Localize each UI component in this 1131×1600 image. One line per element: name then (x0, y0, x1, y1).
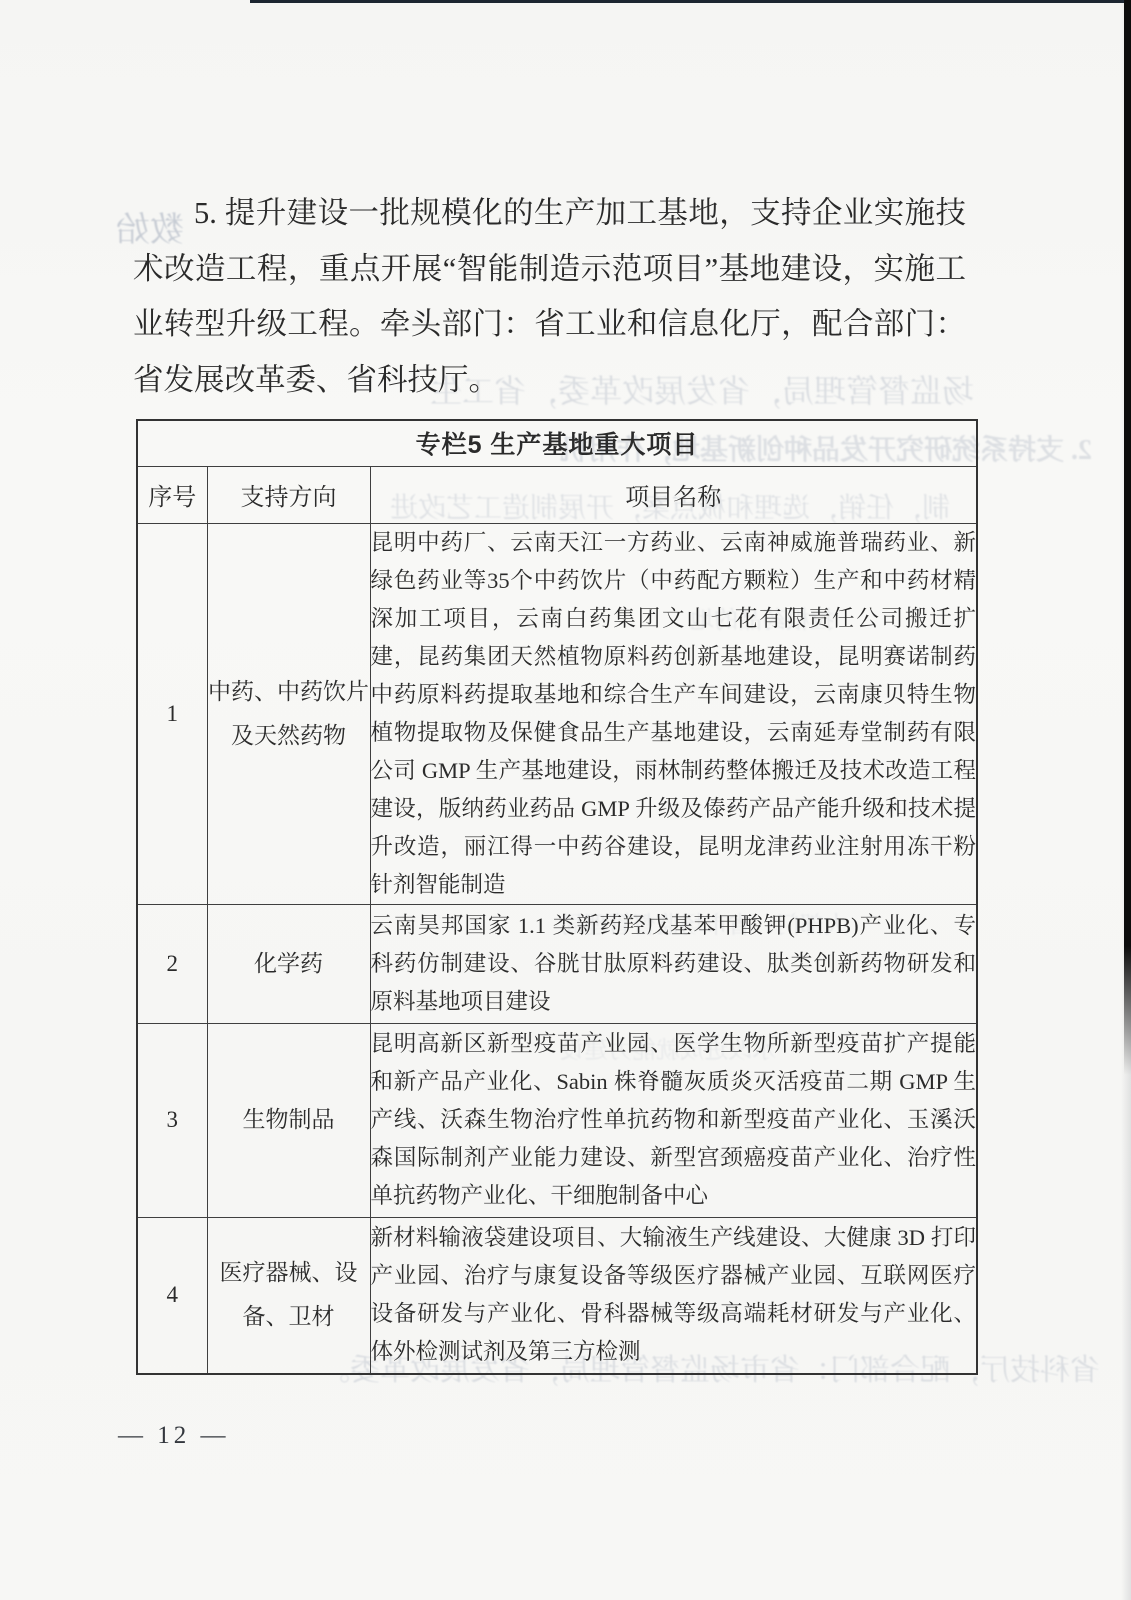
project-names: 昆明高新区新型疫苗产业园、医学生物所新型疫苗扩产提能和新产品产业化、Sabin … (370, 1023, 977, 1217)
table-row: 2 化学药 云南昊邦国家 1.1 类新药羟戊基苯甲酸钾(PHPB)产业化、专科药… (137, 904, 977, 1023)
support-direction: 化学药 (207, 904, 370, 1023)
page-number: — 12 — (118, 1422, 230, 1450)
col-header-projects: 项目名称 (370, 466, 977, 523)
col-header-direction: 支持方向 (207, 466, 370, 523)
body-paragraph: 5. 提升建设一批规模化的生产加工基地，支持企业实施技术改造工程，重点开展“智能… (133, 186, 966, 408)
support-direction: 生物制品 (207, 1023, 370, 1217)
scan-edge-artifact-top (250, 0, 1131, 3)
scan-edge-artifact-right (1124, 0, 1131, 1075)
project-names: 昆明中药厂、云南天江一方药业、云南神威施普瑞药业、新绿色药业等35个中药饮片（中… (370, 523, 977, 904)
table-row: 3 生物制品 昆明高新区新型疫苗产业园、医学生物所新型疫苗扩产提能和新产品产业化… (137, 1023, 977, 1217)
scanned-document-page: 数始 场监督管理局，省发展改革委，省工生 2. 支持系统研究开发品种创新基地，作… (0, 0, 1131, 1600)
col-header-no: 序号 (137, 466, 207, 523)
project-names: 新材料输液袋建设项目、大输液生产线建设、大健康 3D 打印产业园、治疗与康复设备… (370, 1217, 977, 1374)
table-title: 专栏5 生产基地重大项目 (137, 420, 977, 466)
support-direction: 医疗器械、设备、卫材 (207, 1217, 370, 1374)
projects-table: 专栏5 生产基地重大项目 序号 支持方向 项目名称 1 中药、中药饮片及天然药物… (136, 419, 978, 1375)
table-row: 4 医疗器械、设备、卫材 新材料输液袋建设项目、大输液生产线建设、大健康 3D … (137, 1217, 977, 1374)
table-row: 1 中药、中药饮片及天然药物 昆明中药厂、云南天江一方药业、云南神威施普瑞药业、… (137, 523, 977, 904)
table-header-row: 序号 支持方向 项目名称 (137, 466, 977, 523)
project-names: 云南昊邦国家 1.1 类新药羟戊基苯甲酸钾(PHPB)产业化、专科药仿制建设、谷… (370, 904, 977, 1023)
row-number: 4 (137, 1217, 207, 1374)
row-number: 2 (137, 904, 207, 1023)
row-number: 1 (137, 523, 207, 904)
support-direction: 中药、中药饮片及天然药物 (207, 523, 370, 904)
row-number: 3 (137, 1023, 207, 1217)
table-title-row: 专栏5 生产基地重大项目 (137, 420, 977, 466)
